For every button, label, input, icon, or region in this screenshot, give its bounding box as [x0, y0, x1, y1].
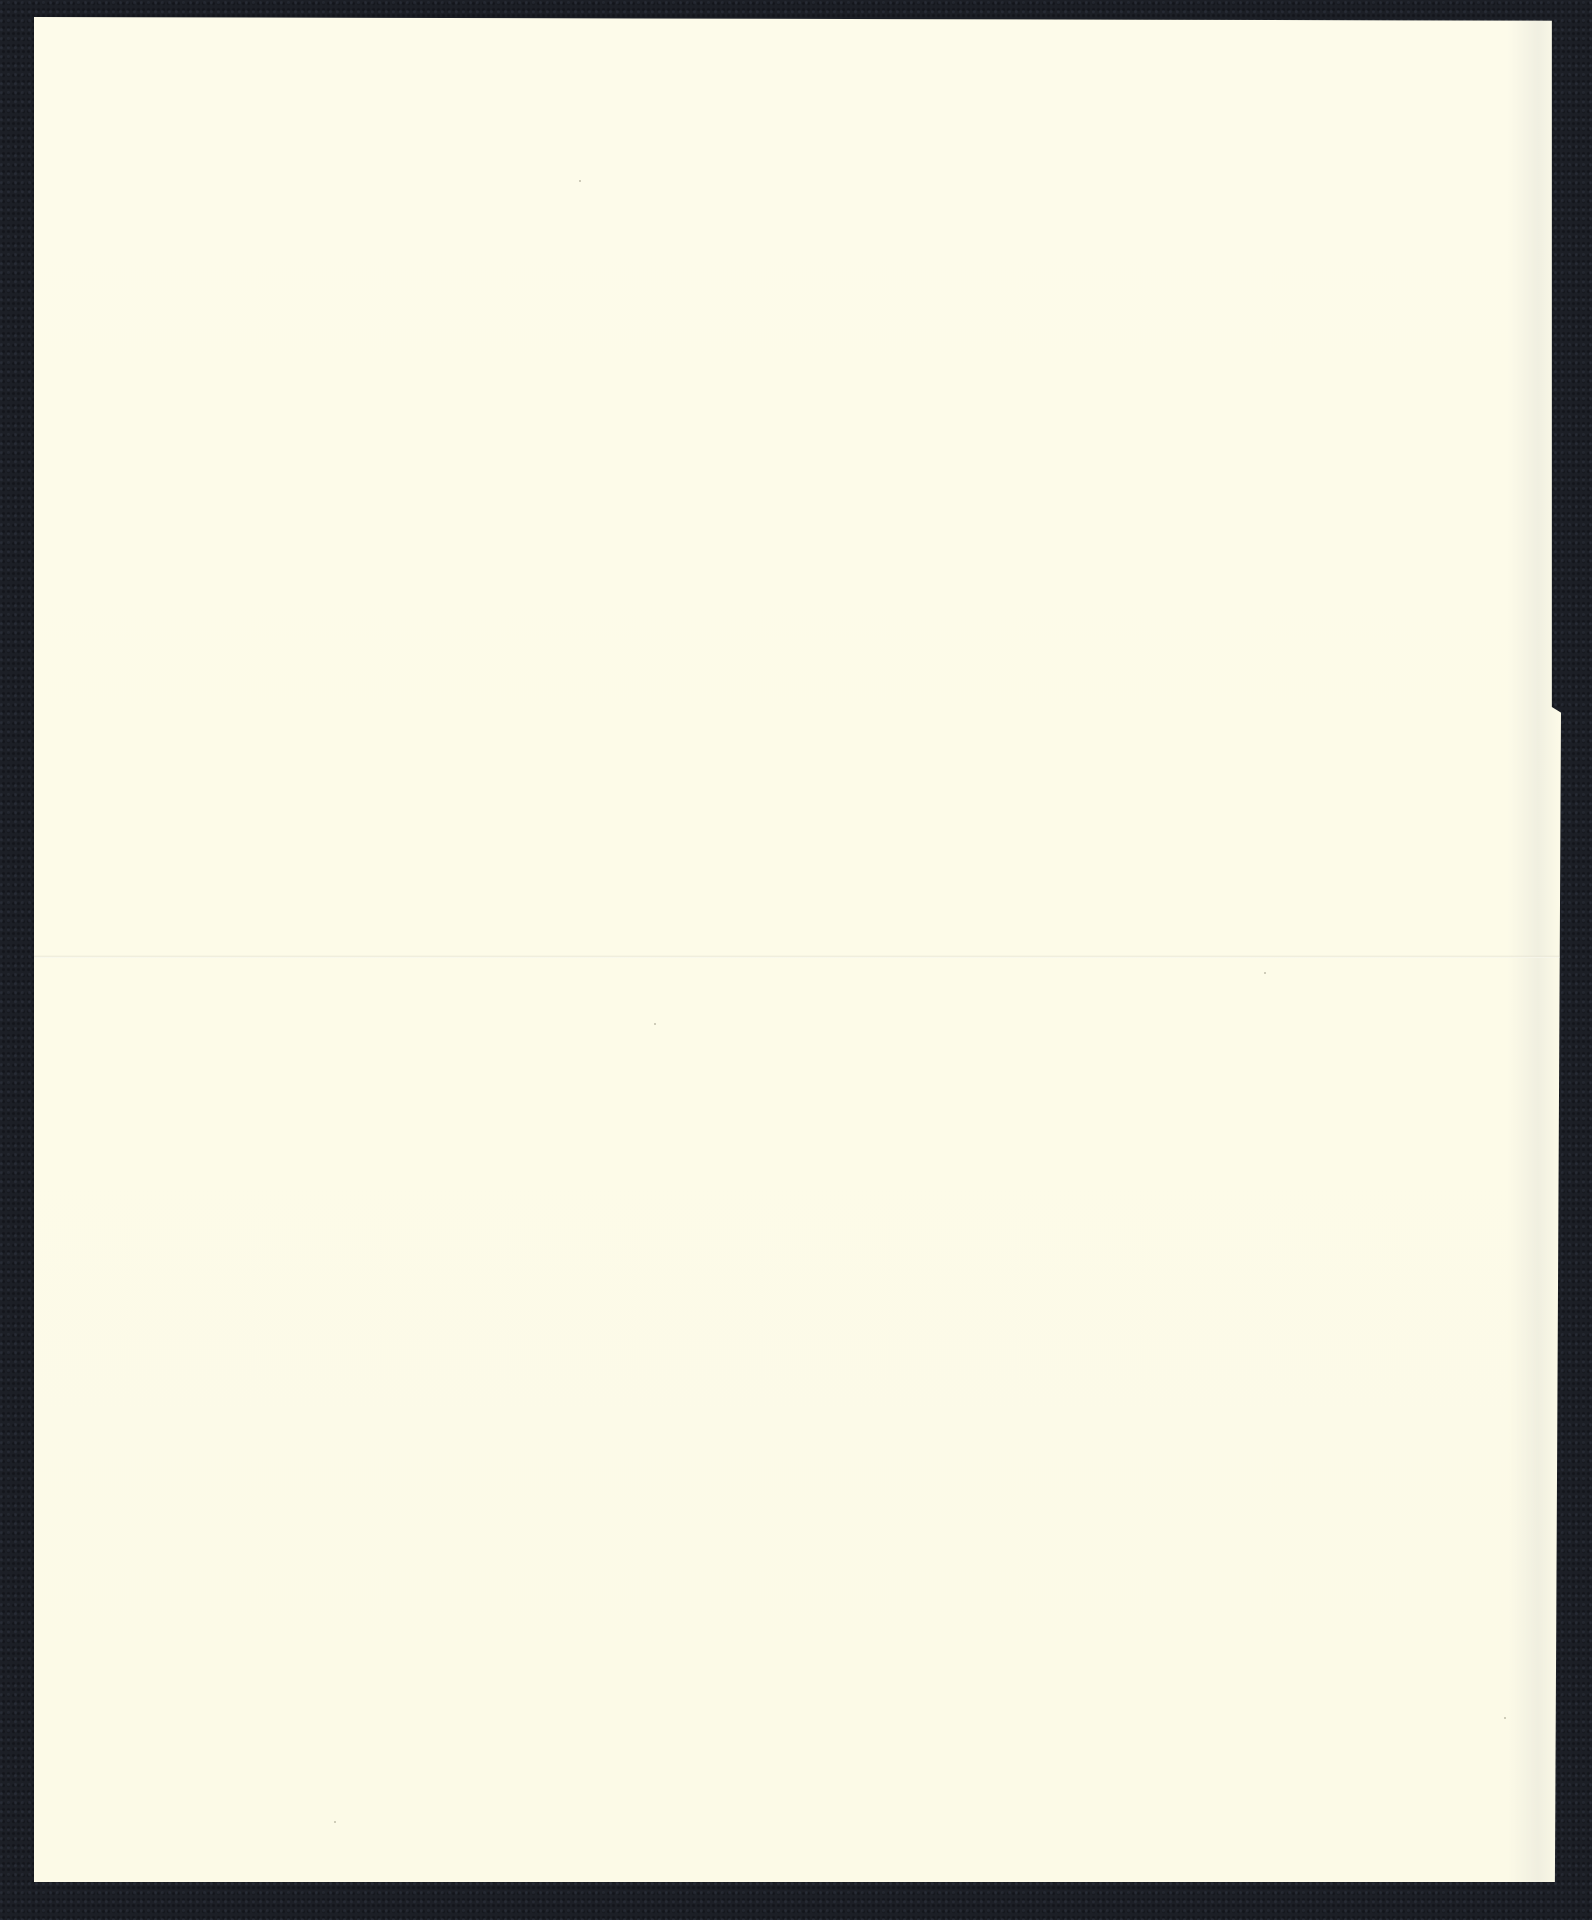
paper-speck	[1504, 1717, 1506, 1719]
blank-paper-sheet	[34, 17, 1561, 1882]
paper-speck	[579, 180, 581, 182]
paper-speck	[654, 1023, 656, 1025]
paper-speck	[334, 1821, 336, 1823]
fold-crease	[34, 955, 1561, 958]
paper-speck	[1264, 972, 1266, 974]
